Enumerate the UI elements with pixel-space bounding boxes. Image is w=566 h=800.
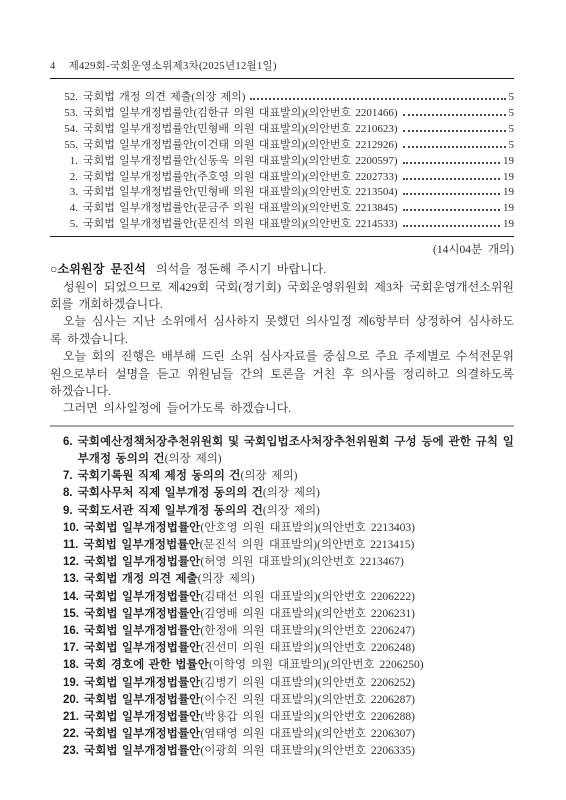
agenda-item-detail: (이학영 의원 대표발의)(의안번호 2206250)	[209, 659, 424, 671]
agenda-item: 8.국회사무처 직제 일부개정 동의의 건(의장 제의)	[63, 485, 514, 502]
agenda-item-title: 국회예산정책처장추천위원회 및 국회입법조사처장추천위원회 구성 등에 관한 규…	[78, 436, 514, 465]
toc-page-number: 19	[503, 154, 514, 170]
session-open-time: (14시04분 개의)	[50, 243, 514, 258]
agenda-item-title: 국회사무처 직제 일부개정 동의의 건	[78, 487, 263, 499]
toc-item: 53.국회법 일부개정법률안(김한규 의원 대표발의)(의안번호 2201466…	[59, 106, 514, 122]
table-of-contents: 52.국회법 개정 의견 제출(의장 제의)5 53.국회법 일부개정법률안(김…	[50, 90, 514, 233]
dotted-leader	[403, 208, 500, 211]
toc-item-number: 55.	[59, 138, 78, 154]
toc-item-title: 국회법 일부개정법률안(문진석 의원 대표발의)(의안번호 2214533)	[83, 217, 398, 233]
header-title: 제429회-국회운영소위제3차(2025년12월1일)	[69, 58, 277, 73]
agenda-item-title: 국회기록원 직제 제정 동의의 건	[78, 470, 241, 482]
agenda-item-detail: (의장 제의)	[263, 505, 320, 517]
agenda-item-title: 국회도서관 직제 일부개정 동의의 건	[78, 505, 263, 517]
toc-item-number: 53.	[59, 106, 78, 122]
toc-item-number: 5.	[59, 217, 78, 233]
agenda-item-detail: (의장 제의)	[165, 453, 222, 465]
agenda-item-title: 국회법 개정 의견 제출	[84, 573, 198, 585]
agenda-item-title: 국회법 일부개정법률안	[84, 728, 200, 740]
dotted-leader	[403, 145, 506, 148]
toc-page-number: 19	[503, 217, 514, 233]
agenda-item: 12.국회법 일부개정법률안(허영 의원 대표발의)(의안번호 2213467)	[63, 554, 514, 571]
agenda-item-number: 10.	[63, 520, 79, 537]
agenda-item-number: 19.	[63, 675, 79, 692]
agenda-item-number: 9.	[63, 503, 73, 520]
agenda-item: 14.국회법 일부개정법률안(김태선 의원 대표발의)(의안번호 2206222…	[63, 589, 514, 606]
agenda-item-detail: (안호영 의원 대표발의)(의안번호 2213403)	[200, 522, 415, 534]
speech-paragraph: 그러면 의사일정에 들어가도록 하겠습니다.	[50, 400, 514, 417]
agenda-top-divider	[50, 425, 514, 427]
agenda-item-detail: (한정애 의원 대표발의)(의안번호 2206247)	[200, 625, 415, 637]
speech-block: ○소위원장 문진석의석을 정돈해 주시기 바랍니다. 성원이 되었으므로 제42…	[50, 261, 514, 418]
agenda-item-title: 국회법 일부개정법률안	[84, 556, 200, 568]
agenda-item-title: 국회법 일부개정법률안	[84, 694, 200, 706]
toc-bottom-divider	[50, 236, 514, 237]
agenda-item-detail: (박용갑 의원 대표발의)(의안번호 2206288)	[200, 711, 415, 723]
speech-opening-line: ○소위원장 문진석의석을 정돈해 주시기 바랍니다.	[50, 261, 514, 278]
agenda-item-number: 6.	[63, 434, 73, 451]
agenda-item-title: 국회법 일부개정법률안	[83, 539, 199, 551]
agenda-item-number: 17.	[63, 640, 79, 657]
dotted-leader	[403, 129, 506, 132]
dotted-leader	[403, 177, 500, 180]
agenda-item-detail: (진선미 의원 대표발의)(의안번호 2206248)	[200, 642, 415, 654]
toc-item-number: 4.	[59, 201, 78, 217]
agenda-item-title: 국회법 일부개정법률안	[84, 522, 200, 534]
agenda-item: 20.국회법 일부개정법률안(이수진 의원 대표발의)(의안번호 2206287…	[63, 692, 514, 709]
agenda-item-number: 22.	[63, 726, 79, 743]
toc-item-title: 국회법 일부개정법률안(주호영 의원 대표발의)(의안번호 2202733)	[83, 170, 398, 186]
agenda-item-number: 21.	[63, 709, 79, 726]
agenda-item-number: 20.	[63, 692, 79, 709]
agenda-item-title: 국회법 일부개정법률안	[84, 711, 200, 723]
dotted-leader	[403, 224, 500, 227]
toc-page-number: 19	[503, 201, 514, 217]
toc-item-number: 1.	[59, 154, 78, 170]
agenda-item: 13.국회법 개정 의견 제출(의장 제의)	[63, 571, 514, 588]
agenda-item-number: 11.	[63, 537, 78, 554]
agenda-item: 7.국회기록원 직제 제정 동의의 건(의장 제의)	[63, 468, 514, 485]
agenda-item-number: 18.	[63, 657, 79, 674]
agenda-item-detail: (이수진 의원 대표발의)(의안번호 2206287)	[200, 694, 415, 706]
agenda-item: 16.국회법 일부개정법률안(한정애 의원 대표발의)(의안번호 2206247…	[63, 623, 514, 640]
dotted-leader	[403, 113, 506, 116]
toc-item-number: 2.	[59, 170, 78, 186]
agenda-item-number: 12.	[63, 554, 79, 571]
agenda-item-detail: (문진석 의원 대표발의)(의안번호 2213415)	[200, 539, 415, 551]
toc-item-title: 국회법 개정 의견 제출(의장 제의)	[83, 90, 245, 106]
toc-page-number: 5	[509, 138, 515, 154]
toc-item: 5.국회법 일부개정법률안(문진석 의원 대표발의)(의안번호 2214533)…	[59, 217, 514, 233]
agenda-item-detail: (허영 의원 대표발의)(의안번호 2213467)	[200, 556, 404, 568]
agenda-item-detail: (김태선 의원 대표발의)(의안번호 2206222)	[200, 591, 415, 603]
toc-page-number: 5	[509, 90, 515, 106]
speech-paragraph: 오늘 심사는 지난 소위에서 심사하지 못했던 의사일정 제6항부터 상정하여 …	[50, 313, 514, 348]
agenda-list: 6.국회예산정책처장추천위원회 및 국회입법조사처장추천위원회 구성 등에 관한…	[50, 434, 514, 761]
agenda-item-number: 7.	[63, 468, 73, 485]
agenda-item-number: 8.	[63, 485, 73, 502]
page-header: 4 제429회-국회운영소위제3차(2025년12월1일)	[50, 58, 514, 79]
agenda-item: 17.국회법 일부개정법률안(진선미 의원 대표발의)(의안번호 2206248…	[63, 640, 514, 657]
agenda-item: 6.국회예산정책처장추천위원회 및 국회입법조사처장추천위원회 구성 등에 관한…	[63, 434, 514, 468]
speech-paragraph: 성원이 되었으므로 제429회 국회(정기회) 국회운영위원회 제3차 국회운영…	[50, 279, 514, 314]
agenda-item: 21.국회법 일부개정법률안(박용갑 의원 대표발의)(의안번호 2206288…	[63, 709, 514, 726]
agenda-item: 11.국회법 일부개정법률안(문진석 의원 대표발의)(의안번호 2213415…	[63, 537, 514, 554]
header-page-number: 4	[50, 61, 56, 72]
agenda-item-title: 국회법 일부개정법률안	[84, 625, 200, 637]
agenda-item: 19.국회법 일부개정법률안(김병기 의원 대표발의)(의안번호 2206252…	[63, 675, 514, 692]
speech-opening-text: 의석을 정돈해 주시기 바랍니다.	[156, 262, 326, 276]
toc-page-number: 19	[503, 185, 514, 201]
agenda-item: 15.국회법 일부개정법률안(김영배 의원 대표발의)(의안번호 2206231…	[63, 606, 514, 623]
agenda-item: 22.국회법 일부개정법률안(염태영 의원 대표발의)(의안번호 2206307…	[63, 726, 514, 743]
toc-page-number: 5	[509, 106, 515, 122]
toc-item-title: 국회법 일부개정법률안(신동욱 의원 대표발의)(의안번호 2200597)	[83, 154, 398, 170]
agenda-item: 10.국회법 일부개정법률안(안호영 의원 대표발의)(의안번호 2213403…	[63, 520, 514, 537]
agenda-item-detail: (염태영 의원 대표발의)(의안번호 2206307)	[200, 728, 415, 740]
agenda-item-title: 국회 경호에 관한 법률안	[84, 659, 209, 671]
document-page: 4 제429회-국회운영소위제3차(2025년12월1일) 52.국회법 개정 …	[0, 0, 566, 800]
agenda-item-detail: (김영배 의원 대표발의)(의안번호 2206231)	[200, 608, 415, 620]
toc-page-number: 5	[509, 122, 515, 138]
agenda-item-title: 국회법 일부개정법률안	[84, 591, 200, 603]
toc-item-number: 3.	[59, 185, 78, 201]
agenda-item-title: 국회법 일부개정법률안	[84, 608, 200, 620]
toc-item: 2.국회법 일부개정법률안(주호영 의원 대표발의)(의안번호 2202733)…	[59, 170, 514, 186]
toc-item-number: 54.	[59, 122, 78, 138]
agenda-item-detail: (의장 제의)	[198, 573, 255, 585]
agenda-item: 9.국회도서관 직제 일부개정 동의의 건(의장 제의)	[63, 503, 514, 520]
agenda-item: 23.국회법 일부개정법률안(이광희 의원 대표발의)(의안번호 2206335…	[63, 743, 514, 760]
agenda-item-detail: (김병기 의원 대표발의)(의안번호 2206252)	[200, 677, 415, 689]
agenda-item-detail: (의장 제의)	[241, 470, 298, 482]
dotted-leader	[403, 161, 500, 164]
toc-item: 3.국회법 일부개정법률안(민형배 의원 대표발의)(의안번호 2213504)…	[59, 185, 514, 201]
dotted-leader	[403, 192, 500, 195]
agenda-item-number: 13.	[63, 571, 79, 588]
agenda-item-number: 16.	[63, 623, 79, 640]
toc-item: 1.국회법 일부개정법률안(신동욱 의원 대표발의)(의안번호 2200597)…	[59, 154, 514, 170]
toc-item-number: 52.	[59, 90, 78, 106]
speech-paragraph: 오늘 회의 진행은 배부해 드린 소위 심사자료를 중심으로 주요 주제별로 수…	[50, 348, 514, 400]
speaker-name: ○소위원장 문진석	[50, 262, 146, 276]
agenda-item-detail: (의장 제의)	[263, 487, 320, 499]
dotted-leader	[250, 97, 505, 100]
agenda-item-title: 국회법 일부개정법률안	[84, 677, 200, 689]
toc-item: 52.국회법 개정 의견 제출(의장 제의)5	[59, 90, 514, 106]
agenda-item-title: 국회법 일부개정법률안	[84, 642, 200, 654]
agenda-item-number: 15.	[63, 606, 79, 623]
agenda-item: 18.국회 경호에 관한 법률안(이학영 의원 대표발의)(의안번호 22062…	[63, 657, 514, 674]
agenda-item-title: 국회법 일부개정법률안	[84, 745, 200, 757]
agenda-item-number: 14.	[63, 589, 79, 606]
toc-item: 54.국회법 일부개정법률안(민형배 의원 대표발의)(의안번호 2210623…	[59, 122, 514, 138]
toc-item-title: 국회법 일부개정법률안(이건태 의원 대표발의)(의안번호 2212926)	[83, 138, 398, 154]
toc-item-title: 국회법 일부개정법률안(김한규 의원 대표발의)(의안번호 2201466)	[83, 106, 398, 122]
agenda-item-detail: (이광희 의원 대표발의)(의안번호 2206335)	[200, 745, 415, 757]
toc-item-title: 국회법 일부개정법률안(민형배 의원 대표발의)(의안번호 2213504)	[83, 185, 398, 201]
toc-item: 55.국회법 일부개정법률안(이건태 의원 대표발의)(의안번호 2212926…	[59, 138, 514, 154]
toc-page-number: 19	[503, 170, 514, 186]
toc-item-title: 국회법 일부개정법률안(문금주 의원 대표발의)(의안번호 2213845)	[83, 201, 398, 217]
toc-item: 4.국회법 일부개정법률안(문금주 의원 대표발의)(의안번호 2213845)…	[59, 201, 514, 217]
agenda-item-number: 23.	[63, 743, 79, 760]
toc-item-title: 국회법 일부개정법률안(민형배 의원 대표발의)(의안번호 2210623)	[83, 122, 398, 138]
